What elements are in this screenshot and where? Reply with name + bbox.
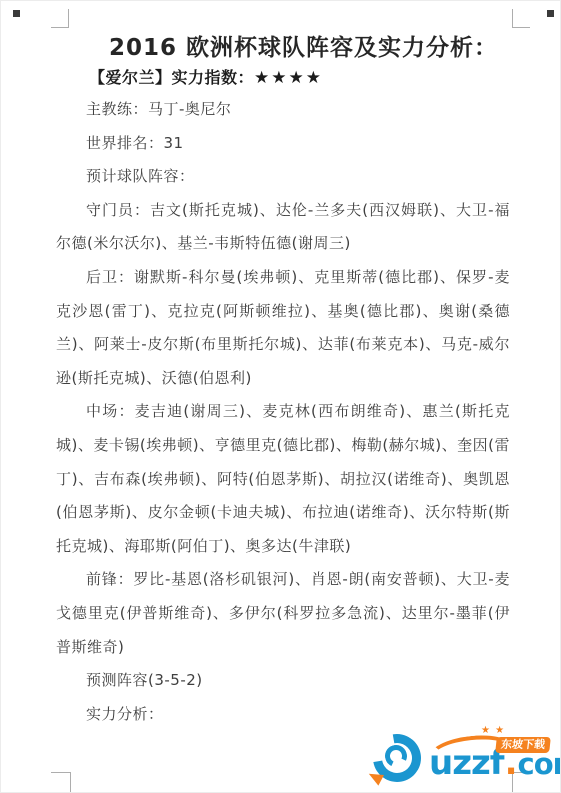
crop-mark-bottom-left xyxy=(51,772,71,793)
star-rating-icon: ★★★★ xyxy=(254,68,323,88)
page-edge-marker-right xyxy=(547,10,554,17)
paragraph-world-ranking: 世界排名：31 xyxy=(56,127,510,161)
crop-mark-top-left xyxy=(51,9,69,28)
team-name: 【爱尔兰】 xyxy=(89,68,172,87)
document-body: 主教练：马丁-奥尼尔 世界排名：31 预计球队阵容： 守门员：吉文(斯托克城)、… xyxy=(56,93,510,731)
paragraph-formation: 预测阵容(3-5-2) xyxy=(56,664,510,698)
page-edge-marker-left xyxy=(13,10,20,17)
sparkle-stars-icon: ★ ★ xyxy=(481,725,505,736)
uzzf-brand-text: uzzf xyxy=(429,743,504,783)
paragraph-defenders: 后卫：谢默斯-科尔曼(埃弗顿)、克里斯蒂(德比郡)、保罗-麦克沙恩(雷丁)、克拉… xyxy=(56,261,510,395)
paragraph-midfielders: 中场：麦吉迪(谢周三)、麦克林(西布朗维奇)、惠兰(斯托克城)、麦卡锡(埃弗顿)… xyxy=(56,395,510,563)
uzzf-watermark-logo: ★ ★ uzzf.com 东坡下载 xyxy=(369,727,561,791)
strength-index-label: 实力指数： xyxy=(172,68,255,87)
paragraph-squad-heading: 预计球队阵容： xyxy=(56,160,510,194)
crop-mark-top-right xyxy=(512,9,530,28)
document-title: 2016 欧洲杯球队阵容及实力分析： xyxy=(1,29,560,62)
dongpo-download-badge: 东坡下载 xyxy=(495,737,551,753)
paragraph-head-coach: 主教练：马丁-奥尼尔 xyxy=(56,93,510,127)
paragraph-forwards: 前锋：罗比-基恩(洛杉矶银河)、肖恩-朗(南安普顿)、大卫-麦戈德里克(伊普斯维… xyxy=(56,563,510,664)
document-page: 2016 欧洲杯球队阵容及实力分析： 【爱尔兰】实力指数：★★★★ 主教练：马丁… xyxy=(0,0,561,793)
paragraph-goalkeepers: 守门员：吉文(斯托克城)、达伦-兰多夫(西汉姆联)、大卫-福尔德(米尔沃尔)、基… xyxy=(56,194,510,261)
team-section-header: 【爱尔兰】实力指数：★★★★ xyxy=(89,65,323,88)
